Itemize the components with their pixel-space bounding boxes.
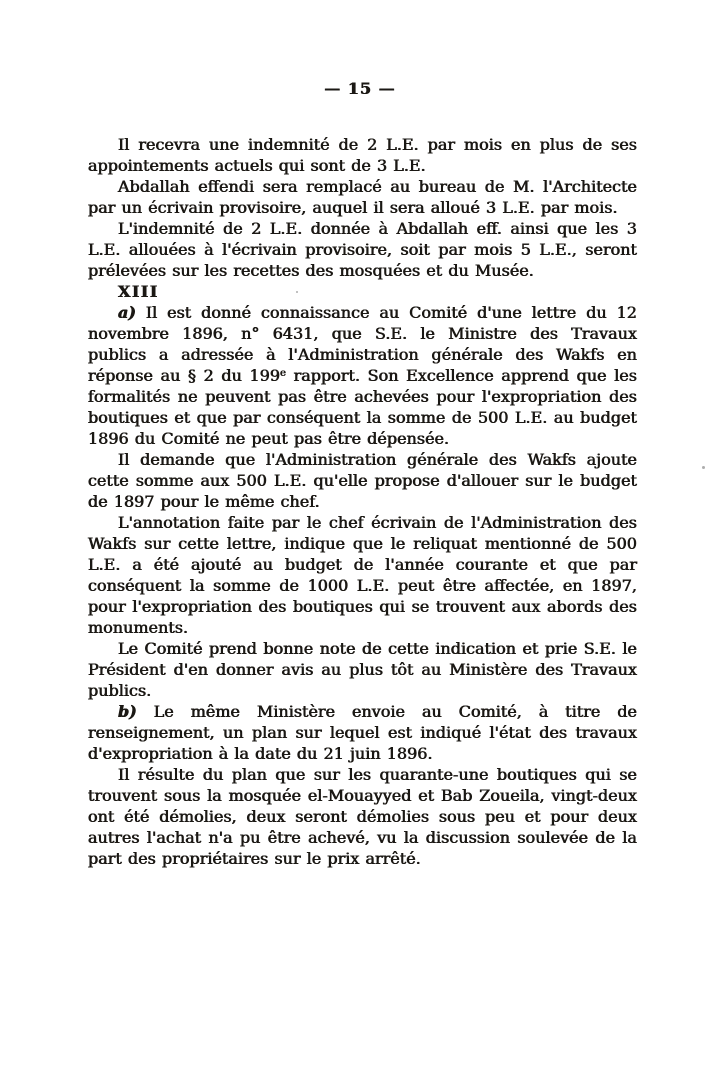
paragraph-text: Il recevra une indemnité de 2 L.E. par m…: [88, 135, 637, 175]
paragraph-text: Abdallah effendi sera remplacé au bureau…: [88, 177, 637, 217]
paragraph-3: L'indemnité de 2 L.E. donnée à Abdallah …: [88, 218, 637, 281]
scan-speck: [420, 585, 422, 587]
paragraph-text: Il demande que l'Administration générale…: [88, 450, 637, 511]
paragraph-9: Il résulte du plan que sur les quarante-…: [88, 764, 637, 869]
scanned-book-page: — 15 — Il recevra une indemnité de 2 L.E…: [0, 0, 720, 1082]
page-content: Il recevra une indemnité de 2 L.E. par m…: [88, 134, 637, 869]
paragraph-7: Le Comité prend bonne note de cette indi…: [88, 638, 637, 701]
item-letter-a: a): [118, 303, 136, 322]
paragraph-text: Le même Ministère envoie au Comité, à ti…: [88, 702, 637, 763]
section-heading-xiii: XIII: [88, 281, 637, 302]
paragraph-4-item-a: a) Il est donné connaissance au Comité d…: [88, 302, 637, 449]
paragraph-text: Le Comité prend bonne note de cette indi…: [88, 639, 637, 700]
paragraph-text: Il résulte du plan que sur les quarante-…: [88, 765, 637, 868]
paragraph-8-item-b: b) Le même Ministère envoie au Comité, à…: [88, 701, 637, 764]
page-number: — 15 —: [0, 79, 720, 98]
paragraph-2: Abdallah effendi sera remplacé au bureau…: [88, 176, 637, 218]
paragraph-text: L'indemnité de 2 L.E. donnée à Abdallah …: [88, 219, 637, 280]
paragraph-1: Il recevra une indemnité de 2 L.E. par m…: [88, 134, 637, 176]
paragraph-5: Il demande que l'Administration générale…: [88, 449, 637, 512]
paragraph-text: L'annotation faite par le chef écrivain …: [88, 513, 637, 637]
scan-speck: [296, 291, 298, 293]
scan-speck: [702, 466, 705, 469]
paragraph-6: L'annotation faite par le chef écrivain …: [88, 512, 637, 638]
item-letter-b: b): [118, 702, 137, 721]
